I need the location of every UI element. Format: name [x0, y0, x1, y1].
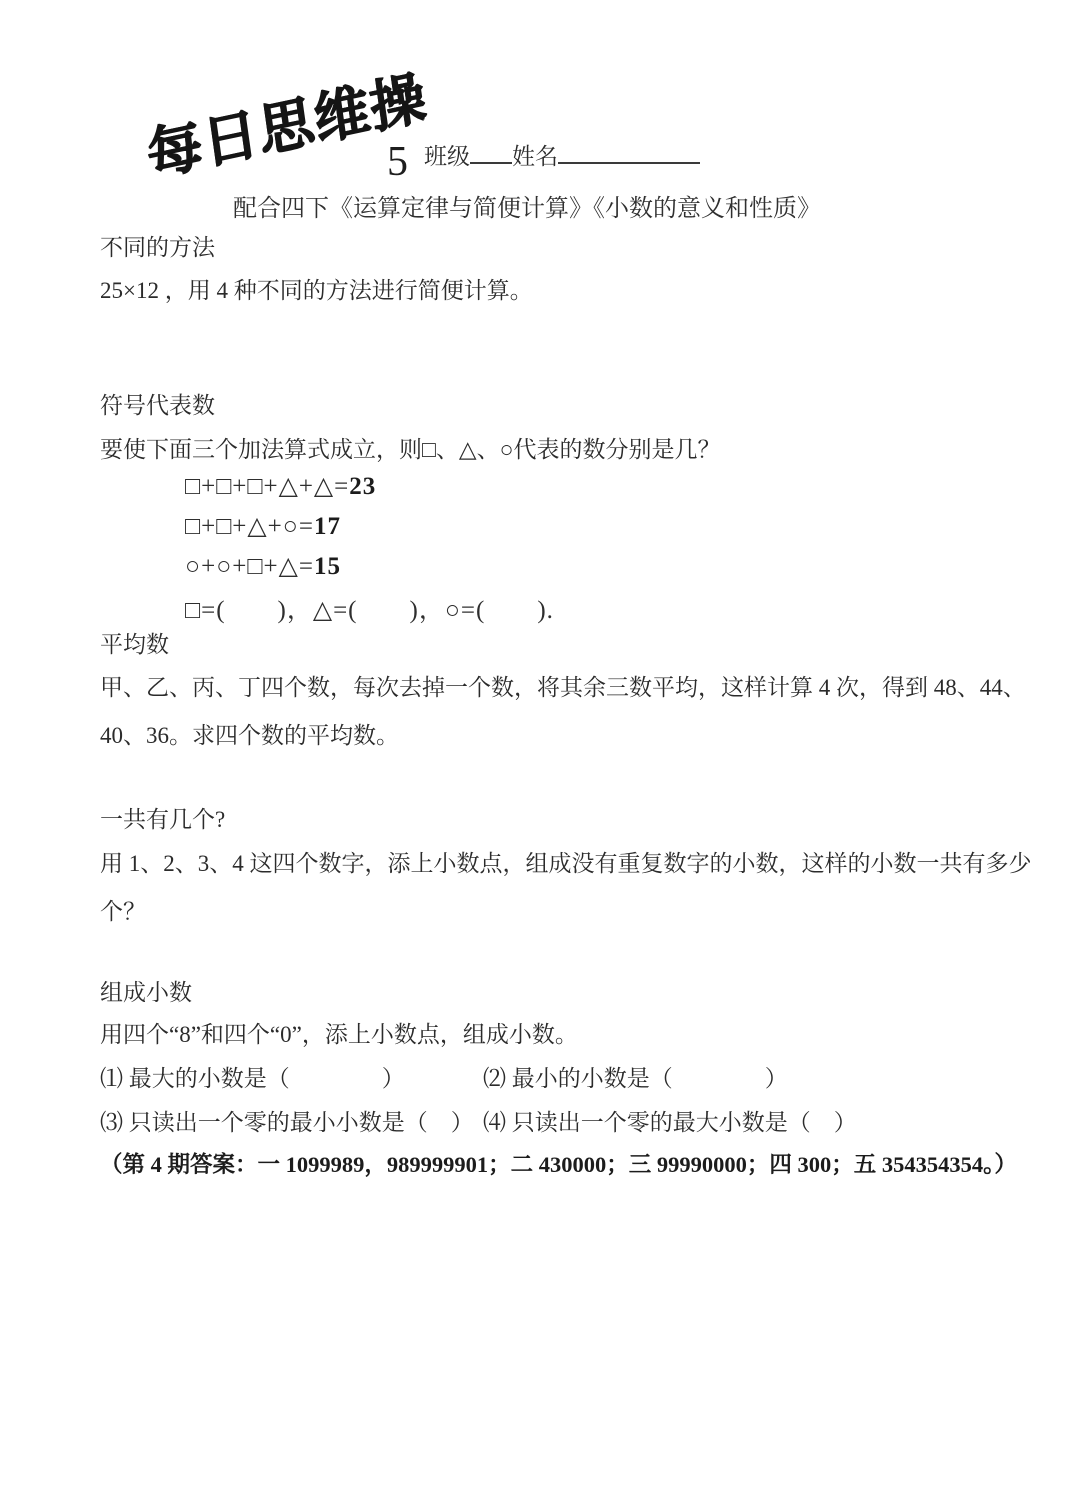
- problem-5-heading: 组成小数: [100, 974, 192, 1007]
- name-label: 姓名: [512, 144, 558, 169]
- name-blank: [558, 142, 700, 164]
- problem-2-text: 要使下面三个加法算式成立，则□、△、○代表的数分别是几？: [100, 431, 720, 464]
- previous-answers: （第 4 期答案：一 1099989，989999901；二 430000；三 …: [100, 1147, 1017, 1179]
- problem-1-heading: 不同的方法: [100, 229, 215, 262]
- subquestion-3: ⑶ 只读出一个零的最小小数是（ ）: [100, 1104, 474, 1137]
- equation-1-lhs: □+□+□+△+△=: [185, 473, 349, 500]
- equation-2-rhs: 17: [314, 513, 341, 540]
- equation-answer-blanks-text: □=( )，△=( )，○=( ).: [185, 597, 554, 624]
- equation-2-lhs: □+□+△+○=: [185, 513, 314, 540]
- equation-3-lhs: ○+○+□+△=: [185, 553, 314, 580]
- class-label: 班级: [424, 144, 470, 169]
- problem-3-heading: 平均数: [100, 626, 169, 659]
- equation-3-rhs: 15: [314, 553, 341, 580]
- equation-1-rhs: 23: [349, 473, 376, 500]
- problem-3-text-line-2: 40、36。求四个数的平均数。: [100, 717, 399, 750]
- problem-4-text-line-2: 个？: [100, 893, 146, 926]
- equation-3: ○+○+□+△=15: [185, 551, 341, 581]
- subquestion-1: ⑴ 最大的小数是（ ）: [100, 1060, 405, 1093]
- class-blank: [470, 142, 512, 164]
- problem-5-text: 用四个“8”和四个“0”，添上小数点，组成小数。: [100, 1016, 578, 1049]
- equation-2: □+□+△+○=17: [185, 511, 341, 541]
- worksheet-subtitle: 配合四下《运算定律与简便计算》《小数的意义和性质》: [233, 188, 821, 223]
- worksheet-page: 每日思维操 5 班级姓名 配合四下《运算定律与简便计算》《小数的意义和性质》 不…: [0, 0, 1080, 1492]
- problem-1-text: 25×12 ，用 4 种不同的方法进行简便计算。: [100, 272, 533, 305]
- problem-2-heading: 符号代表数: [100, 387, 215, 420]
- problem-3-text-line-1: 甲、乙、丙、丁四个数，每次去掉一个数，将其余三数平均，这样计算 4 次，得到 4…: [100, 669, 1026, 702]
- subquestion-2: ⑵ 最小的小数是（ ）: [483, 1060, 788, 1093]
- problem-4-heading: 一共有几个?: [100, 801, 225, 834]
- subquestion-4: ⑷ 只读出一个零的最大小数是（ ）: [483, 1104, 857, 1137]
- equation-1: □+□+□+△+△=23: [185, 471, 376, 501]
- issue-number: 5: [387, 138, 408, 186]
- problem-4-text-line-1: 用 1、2、3、4 这四个数字，添上小数点，组成没有重复数字的小数，这样的小数一…: [100, 845, 1032, 878]
- equation-answer-blanks: □=( )，△=( )，○=( ).: [185, 590, 554, 626]
- class-name-row: 班级姓名: [424, 138, 700, 171]
